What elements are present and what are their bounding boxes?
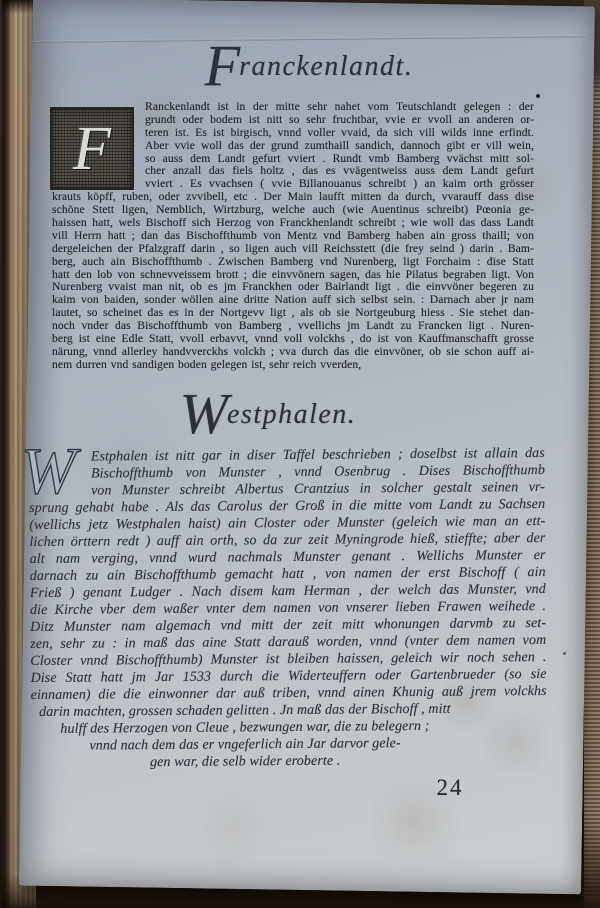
title-text: estphalen.	[227, 399, 356, 430]
paragraph-franckenlandt: F Ranckenlandt ist in der mitte sehr nah…	[52, 101, 534, 372]
title-swash-initial: F	[205, 33, 238, 98]
paragraph-westphalen: W Estphalen ist nitt gar in diser Taffel…	[29, 445, 548, 772]
section-title-westphalen: Westphalen.	[0, 388, 568, 440]
text-line: cher anzall das fiels holtz , das es vvä…	[145, 165, 534, 178]
page-content: Franckenlandt. F Ranckenlandt ist in der…	[0, 0, 600, 908]
dropcap-letter: F	[73, 118, 111, 180]
title-swash-initial: W	[180, 381, 226, 446]
text-line: närung, vnnd allerley handvverckhs volck…	[52, 346, 534, 359]
paragraph-lines-indented: Estphalen ist nitt gar in diser Taffel b…	[91, 445, 545, 500]
section-title-franckenlandt: Franckenlandt.	[9, 40, 600, 92]
paragraph-lines-indented: Ranckenlandt ist in der mitte sehr nahet…	[145, 101, 534, 191]
page-number: 24	[428, 775, 472, 801]
text-line: hatt den lob von schnevveissem brott ; d…	[52, 269, 534, 282]
paragraph-lines-full: sprung gehabt habe . Als das Carolus der…	[29, 496, 547, 704]
title-text: ranckenlandt.	[239, 51, 413, 82]
text-line: Aber vvie woll das der grund zumthaill s…	[145, 140, 534, 153]
text-line: noch vnder das Bischoffthumb von Bamberg…	[52, 320, 534, 333]
text-line: grundt oder bodem ist nitt so sehr fruch…	[145, 114, 534, 127]
paragraph-lines-closing: darin machten, grossen schaden gelitten …	[31, 700, 548, 772]
text-line: vviert . Es vvachsen ( vvie Billanouanus…	[145, 178, 534, 191]
text-line: Ranckenlandt ist in der mitte sehr nahet…	[145, 101, 534, 114]
woodcut-dropcap-initial: F	[50, 107, 134, 190]
text-line: lautet, so scheinet das es in der Nortge…	[52, 307, 534, 320]
book-photo: Franckenlandt. F Ranckenlandt ist in der…	[0, 0, 600, 908]
text-line: berg, auch ain Bischoffthumb . Zwischen …	[52, 256, 534, 269]
text-line: schöne Stett ligen, Nemblich, Wirtzburg,…	[52, 204, 534, 217]
text-line: so auss dem Landt gefurt vviert . Rundt …	[145, 153, 534, 166]
text-line: haissen hatt, wels Bischoff sich Herzog …	[52, 217, 534, 230]
calligraphic-dropcap-initial: W	[21, 439, 77, 505]
paragraph-lines-full: krauts köpff, ruben, oder zvvibell, etc …	[52, 191, 534, 359]
text-line: teren ist. Es ist birgisch, vnnd voller …	[145, 127, 534, 140]
text-line: Nurenberg vvaist man nit, ob es jm Franc…	[52, 281, 534, 294]
text-line: berg ist eine Edle Statt, vvoll erbavvt,…	[52, 333, 534, 346]
text-line: dergeleichen der Pfalzgraff darin , so l…	[52, 243, 534, 256]
text-line: nem durren vnd sandigen boden gelegen is…	[52, 359, 534, 372]
text-line: kaim von baiden, sonder wöllen aine drit…	[52, 294, 534, 307]
text-line: krauts köpff, ruben, oder zvvibell, etc …	[52, 191, 534, 204]
text-line: vill Herrn hatt ; dan das Bischoffthumb …	[52, 230, 534, 243]
